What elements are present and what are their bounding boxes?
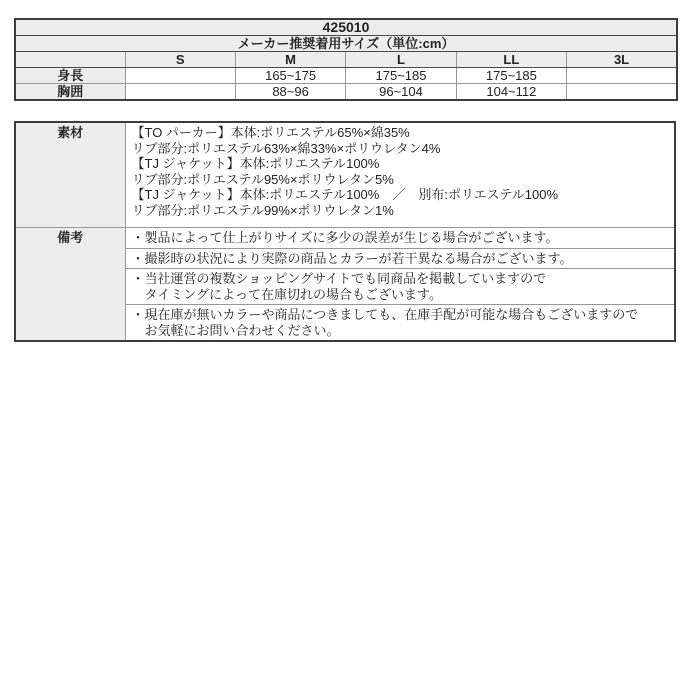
note-item: ・当社運営の複数ショッピングサイトでも同商品を掲載していますので タイミングによ… xyxy=(125,269,675,305)
height-row: 身長 165~175 175~185 175~185 xyxy=(15,68,677,84)
chest-m: 88~96 xyxy=(235,84,345,101)
product-code: 425010 xyxy=(15,19,677,36)
row-label-chest: 胸囲 xyxy=(15,84,125,101)
material-label: 素材 xyxy=(15,122,125,228)
note-item: ・撮影時の状況により実際の商品とカラーが若干異なる場合がございます。 xyxy=(125,248,675,269)
note-line: ・現在庫が無いカラーや商品につきましても、在庫手配が可能な場合もございますので xyxy=(132,307,669,323)
details-table: 素材 【TO パーカー】本体:ポリエステル65%×綿35% リブ部分:ポリエステ… xyxy=(14,121,676,342)
height-m: 165~175 xyxy=(235,68,345,84)
size-table-subtitle-row: メーカー推奨着用サイズ（単位:cm） xyxy=(15,36,677,52)
chest-3l xyxy=(567,84,677,101)
page-body: 425010 メーカー推奨着用サイズ（単位:cm） S M L LL 3L 身長… xyxy=(0,0,690,342)
material-line: リブ部分:ポリエステル63%×綿33%×ポリウレタン4% xyxy=(132,141,669,157)
size-table-subtitle: メーカー推奨着用サイズ（単位:cm） xyxy=(15,36,677,52)
notes-label: 備考 xyxy=(15,228,125,342)
size-column-header-row: S M L LL 3L xyxy=(15,52,677,68)
row-label-height: 身長 xyxy=(15,68,125,84)
col-header-m: M xyxy=(235,52,345,68)
col-header-s: S xyxy=(125,52,235,68)
material-line: 【TJ ジャケット】本体:ポリエステル100% ／ 別布:ポリエステル100% xyxy=(132,187,669,203)
material-row: 素材 【TO パーカー】本体:ポリエステル65%×綿35% リブ部分:ポリエステ… xyxy=(15,122,675,228)
note-line: ・製品によって仕上がりサイズに多少の誤差が生じる場合がございます。 xyxy=(132,230,669,246)
note-row: 備考 ・製品によって仕上がりサイズに多少の誤差が生じる場合がございます。 xyxy=(15,228,675,249)
height-l: 175~185 xyxy=(346,68,456,84)
material-line: リブ部分:ポリエステル95%×ポリウレタン5% xyxy=(132,172,669,188)
material-line: 【TJ ジャケット】本体:ポリエステル100% xyxy=(132,156,669,172)
note-line: お気軽にお問い合わせください。 xyxy=(132,323,669,339)
note-line: ・当社運営の複数ショッピングサイトでも同商品を掲載していますので xyxy=(132,271,669,287)
chest-l: 96~104 xyxy=(346,84,456,101)
col-header-3l: 3L xyxy=(567,52,677,68)
product-code-row: 425010 xyxy=(15,19,677,36)
chest-row: 胸囲 88~96 96~104 104~112 xyxy=(15,84,677,101)
size-table: 425010 メーカー推奨着用サイズ（単位:cm） S M L LL 3L 身長… xyxy=(14,18,678,101)
chest-ll: 104~112 xyxy=(456,84,566,101)
height-3l xyxy=(567,68,677,84)
corner-cell xyxy=(15,52,125,68)
note-item: ・現在庫が無いカラーや商品につきましても、在庫手配が可能な場合もございますので … xyxy=(125,305,675,342)
note-line: ・撮影時の状況により実際の商品とカラーが若干異なる場合がございます。 xyxy=(132,251,669,267)
height-s xyxy=(125,68,235,84)
chest-s xyxy=(125,84,235,101)
col-header-l: L xyxy=(346,52,456,68)
col-header-ll: LL xyxy=(456,52,566,68)
material-line: 【TO パーカー】本体:ポリエステル65%×綿35% xyxy=(132,125,669,141)
material-text: 【TO パーカー】本体:ポリエステル65%×綿35% リブ部分:ポリエステル63… xyxy=(125,122,675,228)
note-item: ・製品によって仕上がりサイズに多少の誤差が生じる場合がございます。 xyxy=(125,228,675,249)
height-ll: 175~185 xyxy=(456,68,566,84)
note-line: タイミングによって在庫切れの場合もございます。 xyxy=(132,287,669,303)
material-line: リブ部分:ポリエステル99%×ポリウレタン1% xyxy=(132,203,669,219)
